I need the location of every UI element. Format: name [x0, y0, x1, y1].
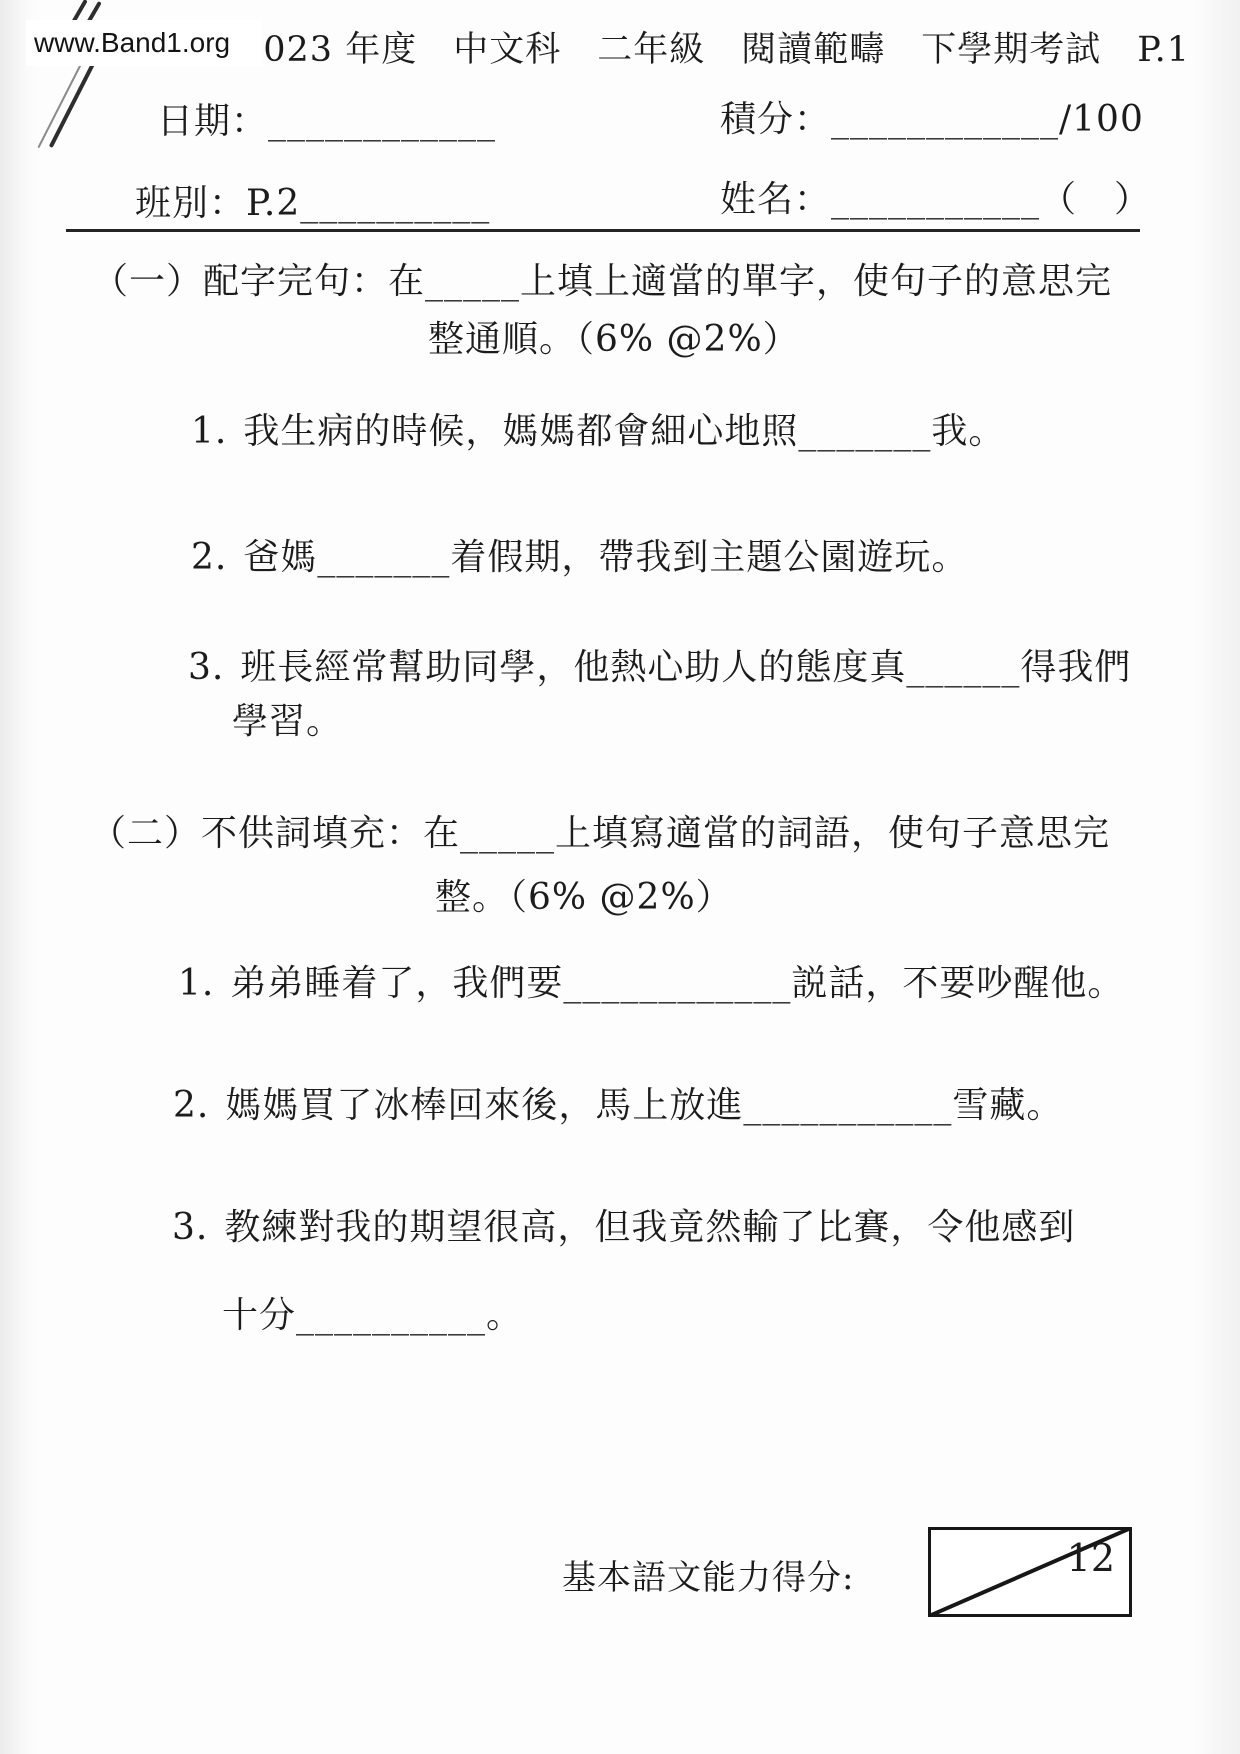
section1-heading-line1: （一）配字完句：在_____上填上適當的單字，使句子的意思完 [92, 260, 1112, 303]
question-text: 我生病的時候，媽媽都會細心地照_______我。 [243, 410, 1005, 453]
pen-slash-mark [37, 64, 81, 149]
question-number: 1. [178, 962, 214, 1005]
section2-question-3: 3. 教練對我的期望很高，但我竟然輸了比賽，令他感到 [172, 1206, 1075, 1249]
watermark-band1: www.Band1.org [26, 20, 262, 66]
name-label: 姓名： [720, 179, 831, 220]
footer-score-label: 基本語文能力得分: [562, 1558, 854, 1599]
score-total: /100 [1059, 99, 1144, 140]
scanned-exam-paper: { "watermark": "www.Band1.org", "header"… [0, 0, 1240, 1754]
section2-question-1: 1. 弟弟睡着了，我們要____________説話，不要吵醒他。 [178, 962, 1124, 1005]
question-number: 2. [173, 1084, 209, 1127]
date-row: 日期：____________ [157, 100, 496, 143]
page-title: 2023 年度 中文科 二年級 閱讀範疇 下學期考試 P.1 [240, 22, 1190, 72]
question-text: 爸媽_______着假期，帶我到主題公園遊玩。 [243, 536, 968, 579]
question-number: 3. [172, 1206, 208, 1249]
name-paren: （ ） [1040, 179, 1151, 220]
question-number: 2. [191, 536, 227, 579]
score-row: 積分：____________/100 [720, 98, 1144, 141]
name-row: 姓名：___________（ ） [720, 178, 1151, 221]
score-box: 12 [928, 1527, 1132, 1617]
name-blank-line: ___________ [831, 179, 1040, 220]
section1-question-3-line2: 學習。 [232, 700, 343, 743]
question-text: 媽媽買了冰棒回來後，馬上放進___________雪藏。 [225, 1084, 1063, 1127]
section2-heading-line1: （二）不供詞填充：在_____上填寫適當的詞語，使句子意思完 [90, 812, 1110, 855]
question-number: 1. [191, 410, 227, 453]
question-text: 弟弟睡着了，我們要____________説話，不要吵醒他。 [230, 962, 1124, 1005]
score-blank-line: ____________ [831, 99, 1059, 140]
watermark-text: www.Band1.org [34, 27, 230, 59]
section2-question-3-line2: 十分__________。 [222, 1294, 523, 1337]
score-label: 積分： [720, 99, 831, 140]
section1-heading-line2: 整通順。（6% @2%） [428, 318, 800, 361]
section2-question-2: 2. 媽媽買了冰棒回來後，馬上放進___________雪藏。 [173, 1084, 1063, 1127]
class-label: 班別：P.2 [135, 183, 300, 224]
section1-question-1: 1. 我生病的時候，媽媽都會細心地照_______我。 [191, 410, 1005, 453]
question-text: 教練對我的期望很高，但我竟然輸了比賽，令他感到 [224, 1206, 1075, 1249]
date-blank-line: ____________ [268, 101, 496, 142]
question-number: 3. [188, 646, 224, 689]
section1-question-2: 2. 爸媽_______着假期，帶我到主題公園遊玩。 [191, 536, 968, 579]
scan-edge-left [0, 0, 38, 1754]
score-box-max: 12 [1067, 1536, 1115, 1580]
class-row: 班別：P.2__________ [135, 182, 490, 225]
section1-question-3: 3. 班長經常幫助同學，他熱心助人的態度真______得我們 [188, 646, 1131, 689]
header-divider [66, 229, 1140, 232]
pen-slash-mark [49, 57, 98, 148]
date-label: 日期： [157, 101, 268, 142]
question-text: 班長經常幫助同學，他熱心助人的態度真______得我們 [240, 646, 1131, 689]
section2-heading-line2: 整。（6% @2%） [435, 876, 733, 919]
scan-edge-right [1194, 0, 1240, 1754]
class-blank-line: __________ [300, 183, 490, 224]
